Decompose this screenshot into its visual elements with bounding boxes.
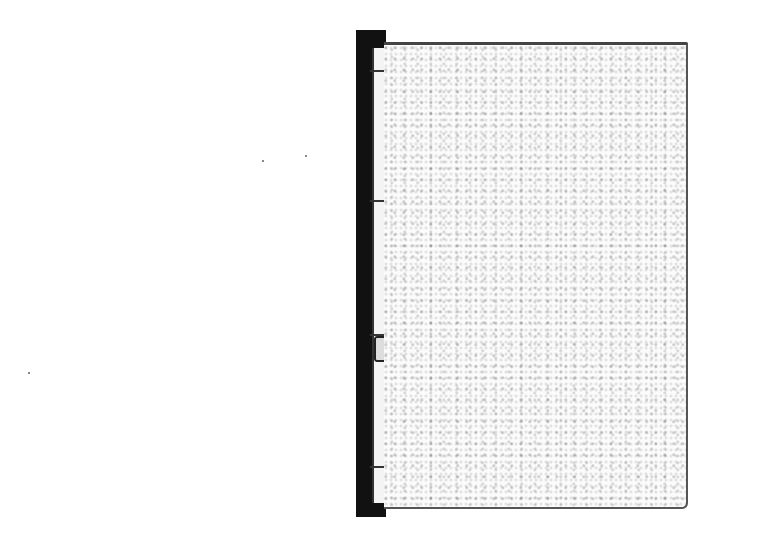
- speck: [28, 372, 30, 374]
- speck: [305, 155, 307, 157]
- scanned-page: [0, 0, 768, 544]
- book-cover: [384, 42, 688, 509]
- speck: [262, 160, 264, 162]
